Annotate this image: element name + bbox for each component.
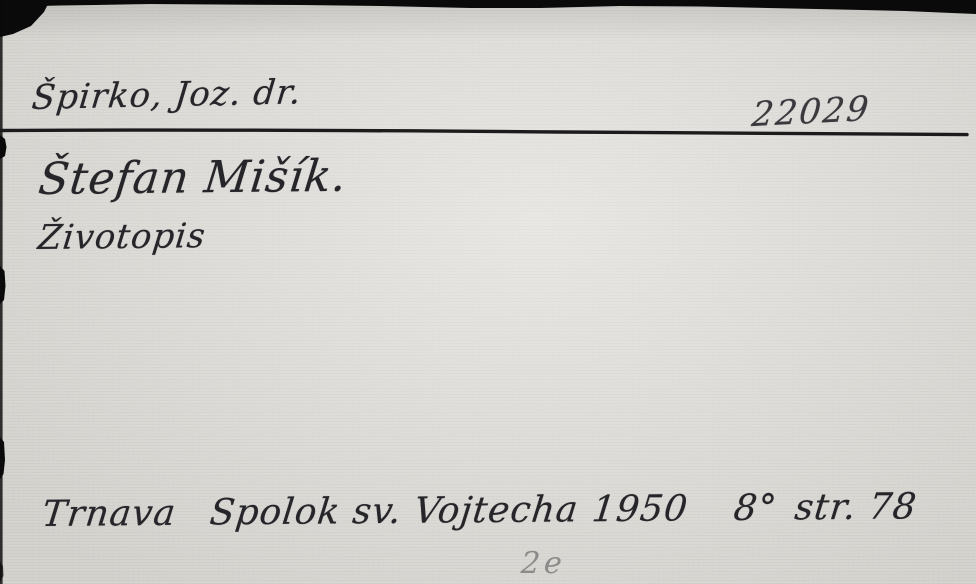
pencil-note: 2e xyxy=(520,546,567,581)
author-heading: Špirko, Joz. dr. xyxy=(30,72,304,118)
catalog-number: 22029 xyxy=(750,89,872,135)
imprint-pages: str. 78 xyxy=(793,486,920,528)
title-line: Štefan Mišík. xyxy=(36,151,350,205)
imprint-format: 8° xyxy=(732,488,780,529)
catalog-card-scan: Špirko, Joz. dr. 22029 Štefan Mišík. Živ… xyxy=(0,0,976,584)
imprint-line: TrnavaSpolok sv. Vojtecha19508°str. 78 xyxy=(40,486,919,535)
imprint-year: 1950 xyxy=(590,488,690,530)
imprint-publisher: Spolok sv. Vojtecha xyxy=(208,489,581,533)
imprint-place: Trnava xyxy=(40,493,178,535)
subtitle-line: Životopis xyxy=(36,216,208,258)
